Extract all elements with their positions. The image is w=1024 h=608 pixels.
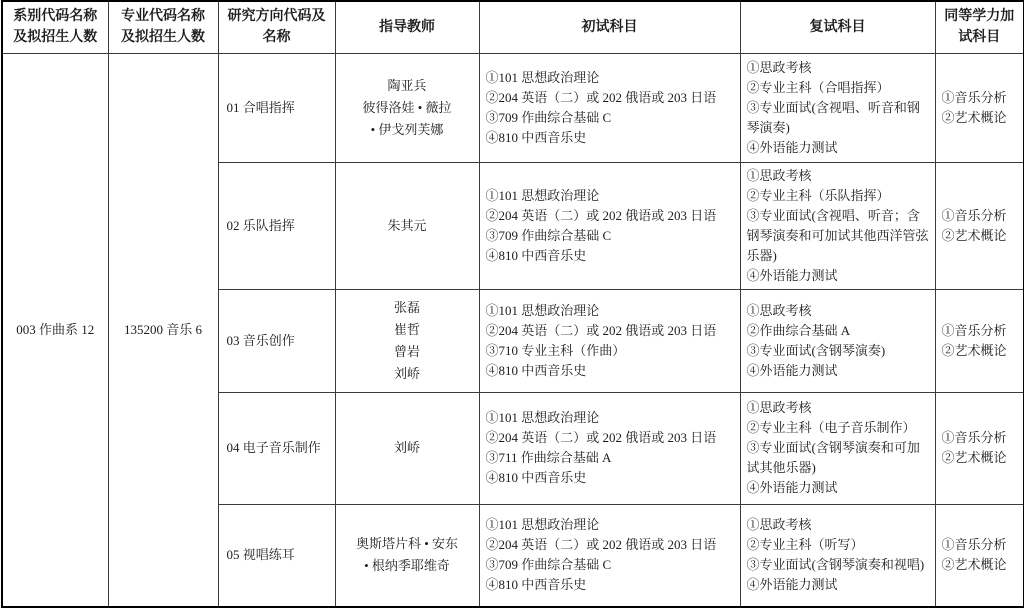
addtest-exams-cell: ①音乐分析②艺术概论 [935, 53, 1024, 162]
header-direction-col: 研究方向代码及名称 [218, 1, 335, 53]
major-cell: 135200 音乐 6 [108, 53, 218, 607]
header-initial-exam-col: 初试科目 [479, 1, 740, 53]
initial-exams-cell: ①101 思想政治理论②204 英语（二）或 202 俄语或 203 日语③71… [479, 392, 740, 504]
header-major-col: 专业代码名称及拟招生人数 [108, 1, 218, 53]
header-retest-exam-col: 复试科目 [740, 1, 935, 53]
direction-cell: 03 音乐创作 [218, 289, 335, 392]
header-advisor-col: 指导教师 [335, 1, 479, 53]
retest-exams-cell: ①思政考核②专业主科（电子音乐制作）③专业面试(含钢琴演奏和可加试其他乐器)④外… [740, 392, 935, 504]
direction-cell: 04 电子音乐制作 [218, 392, 335, 504]
advisor-cell: 奥斯塔片科 • 安东• 根纳季耶维奇 [335, 504, 479, 607]
header-department-col: 系别代码名称及拟招生人数 [2, 1, 108, 53]
retest-exams-cell: ①思政考核②专业主科（合唱指挥）③专业面试(含视唱、听音和钢琴演奏)④外语能力测… [740, 53, 935, 162]
admissions-table: 系别代码名称及拟招生人数 专业代码名称及拟招生人数 研究方向代码及名称 指导教师… [1, 0, 1024, 608]
advisor-cell: 张磊崔哲曾岩刘峤 [335, 289, 479, 392]
initial-exams-cell: ①101 思想政治理论②204 英语（二）或 202 俄语或 203 日语③70… [479, 162, 740, 289]
initial-exams-cell: ①101 思想政治理论②204 英语（二）或 202 俄语或 203 日语③70… [479, 53, 740, 162]
header-addtest-exam-col: 同等学力加试科目 [935, 1, 1024, 53]
retest-exams-cell: ①思政考核②专业主科（乐队指挥）③专业面试(含视唱、听音；含钢琴演奏和可加试其他… [740, 162, 935, 289]
admissions-catalog-page: 系别代码名称及拟招生人数 专业代码名称及拟招生人数 研究方向代码及名称 指导教师… [0, 0, 1024, 608]
retest-exams-cell: ①思政考核②作曲综合基础 A③专业面试(含钢琴演奏)④外语能力测试 [740, 289, 935, 392]
table-header-row: 系别代码名称及拟招生人数 专业代码名称及拟招生人数 研究方向代码及名称 指导教师… [2, 1, 1024, 53]
initial-exams-cell: ①101 思想政治理论②204 英语（二）或 202 俄语或 203 日语③70… [479, 504, 740, 607]
advisor-cell: 刘峤 [335, 392, 479, 504]
addtest-exams-cell: ①音乐分析②艺术概论 [935, 392, 1024, 504]
initial-exams-cell: ①101 思想政治理论②204 英语（二）或 202 俄语或 203 日语③71… [479, 289, 740, 392]
direction-cell: 02 乐队指挥 [218, 162, 335, 289]
addtest-exams-cell: ①音乐分析②艺术概论 [935, 289, 1024, 392]
addtest-exams-cell: ①音乐分析②艺术概论 [935, 162, 1024, 289]
direction-cell: 01 合唱指挥 [218, 53, 335, 162]
direction-cell: 05 视唱练耳 [218, 504, 335, 607]
retest-exams-cell: ①思政考核②专业主科（听写）③专业面试(含钢琴演奏和视唱)④外语能力测试 [740, 504, 935, 607]
department-cell: 003 作曲系 12 [2, 53, 108, 607]
addtest-exams-cell: ①音乐分析②艺术概论 [935, 504, 1024, 607]
advisor-cell: 朱其元 [335, 162, 479, 289]
table-row: 003 作曲系 12 135200 音乐 6 01 合唱指挥 陶亚兵彼得洛娃 •… [2, 53, 1024, 162]
advisor-cell: 陶亚兵彼得洛娃 • 薇拉• 伊戈列芙娜 [335, 53, 479, 162]
